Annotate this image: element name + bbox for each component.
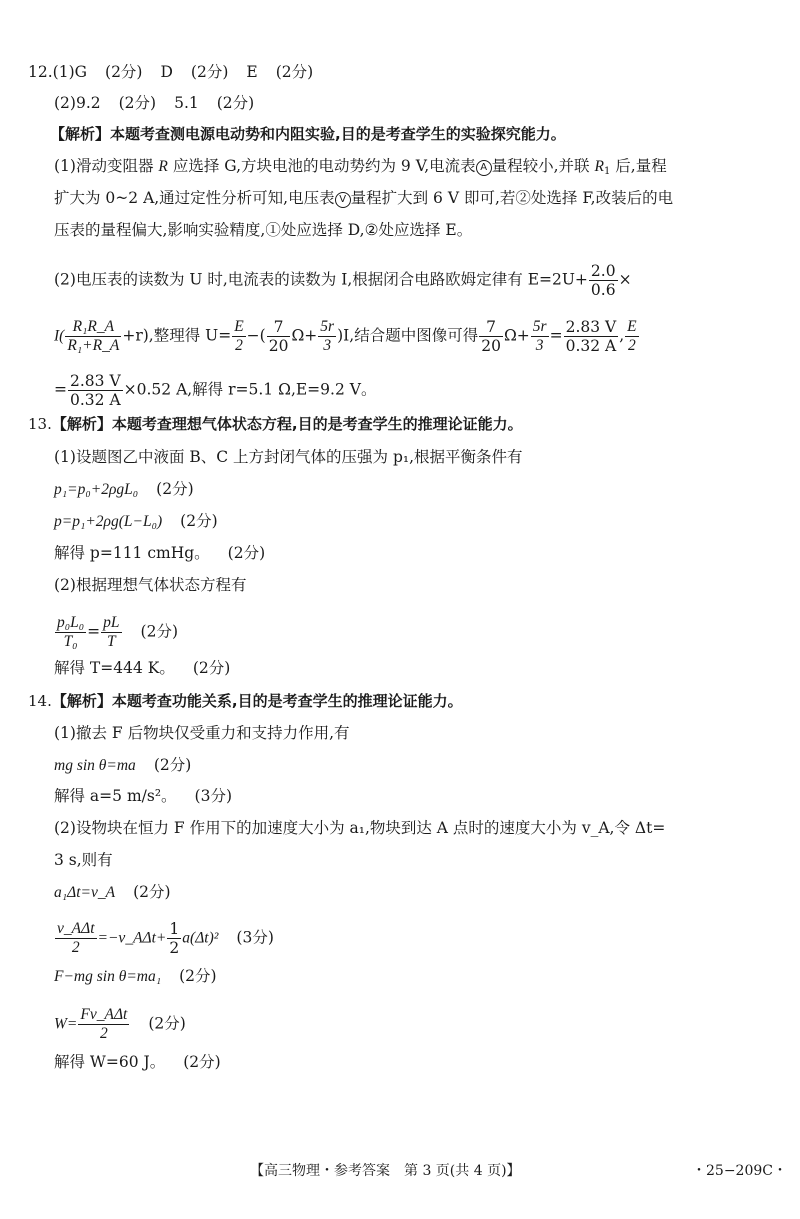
text: =: [54, 381, 67, 399]
score: (2分): [193, 659, 230, 677]
num: R₁R_A: [65, 318, 121, 337]
text: Ω+: [291, 327, 317, 345]
ammeter-circle-icon: A: [476, 160, 492, 176]
answer: 5.1: [174, 94, 199, 112]
answer: D: [160, 63, 172, 81]
text: =−v_AΔt+: [98, 930, 167, 947]
var: R: [595, 158, 604, 175]
den: 3: [531, 337, 549, 355]
q12-part1-line-1: (1)滑动变阻器 R 应选择 G,方块电池的电动势约为 9 V,电流表A量程较小…: [54, 156, 667, 182]
sub: 1: [604, 166, 610, 177]
num: pL: [101, 614, 121, 633]
q12-part2-line-2: I(R₁R_AR₁+R_A+r),整理得 U=E2−(720Ω+5r3)I,结合…: [54, 318, 640, 355]
q12-part1-line-2: 扩大为 0~2 A,通过定性分析可知,电压表V量程扩大到 6 V 即可,若②处选…: [54, 188, 673, 208]
score: (2分): [191, 63, 228, 81]
score: (2分): [179, 967, 216, 985]
answer: 9.2: [76, 94, 101, 112]
den: 2: [78, 1025, 129, 1043]
result: 解得 a=5 m/s²。: [54, 787, 177, 805]
num: 2.0: [589, 262, 618, 281]
fraction: 5r3: [318, 318, 336, 355]
fraction: 12: [167, 920, 181, 957]
part-label: (1): [53, 63, 75, 81]
fraction: Fv_AΔt2: [78, 1006, 129, 1043]
fraction: E2: [625, 318, 638, 355]
q14-line-8: F−mg sin θ=ma₁(2分): [54, 966, 217, 987]
den: 2: [55, 939, 97, 957]
analysis-text: 本题考查测电源电动势和内阻实验,目的是考查学生的实验探究能力。: [110, 125, 566, 143]
den: 2: [167, 939, 181, 957]
text: +r),整理得 U=: [122, 327, 231, 345]
q13-line-2: p₁=p₀+2ρgL₀(2分): [54, 479, 194, 500]
score: (2分): [141, 623, 178, 641]
analysis-text: 本题考查理想气体状态方程,目的是考查学生的推理论证能力。: [112, 415, 523, 433]
fraction: 2.83 V0.32 A: [68, 372, 123, 409]
analysis-tag: 【解析】: [50, 125, 110, 143]
num: 1: [167, 920, 181, 939]
q14-line-7: v_AΔt2=−v_AΔt+12a(Δt)²(3分): [54, 920, 274, 957]
text: (2)电压表的读数为 U 时,电流表的读数为 I,根据闭合电路欧姆定律有 E=2…: [54, 271, 588, 289]
result: 解得 W=60 J。: [54, 1053, 165, 1071]
footer-code: ・25−209C・: [692, 1160, 787, 1180]
q12-part2-line-3: =2.83 V0.32 A×0.52 A,解得 r=5.1 Ω,E=9.2 V。: [54, 372, 376, 409]
fraction: 2.00.6: [589, 262, 618, 299]
num: v_AΔt: [55, 920, 97, 939]
q14-line-1: (1)撤去 F 后物块仅受重力和支持力作用,有: [54, 723, 350, 743]
analysis-text: 本题考查功能关系,目的是考查学生的推理论证能力。: [112, 692, 463, 710]
score: (3分): [236, 929, 273, 947]
score: (2分): [119, 94, 156, 112]
den: 3: [318, 337, 336, 355]
question-number: 13.: [28, 415, 52, 433]
q14-line-6: a₁Δt=v_A(2分): [54, 882, 171, 903]
equation: p₁=p₀+2ρgL₀: [54, 481, 138, 498]
fraction: pLT: [101, 614, 121, 651]
q14-line-4: (2)设物块在恒力 F 作用下的加速度大小为 a₁,物块到达 A 点时的速度大小…: [54, 818, 665, 838]
text: 量程较小,并联: [492, 157, 590, 175]
num: 2.83 V: [68, 372, 123, 391]
q13-line-7: 解得 T=444 K。(2分): [54, 658, 230, 678]
voltmeter-circle-icon: V: [335, 192, 351, 208]
den: 0.32 A: [68, 391, 123, 409]
q14-analysis-heading: 14.【解析】本题考查功能关系,目的是考查学生的推理论证能力。: [28, 691, 463, 711]
fraction: 720: [479, 318, 503, 355]
q14-line-5: 3 s,则有: [54, 850, 113, 870]
analysis-tag: 【解析】: [52, 692, 112, 710]
text: =: [87, 623, 100, 641]
equation: a₁Δt=v_A: [54, 884, 115, 901]
text: =: [550, 327, 563, 345]
text: ×0.52 A,解得 r=5.1 Ω,E=9.2 V。: [124, 381, 377, 399]
text: Ω+: [504, 327, 530, 345]
answer: E: [246, 63, 257, 81]
question-number: 12.: [28, 63, 53, 81]
fraction: 720: [267, 318, 291, 355]
equation: p=p₁+2ρg(L−L₀): [54, 513, 162, 530]
q13-analysis-heading: 13.【解析】本题考查理想气体状态方程,目的是考查学生的推理论证能力。: [28, 414, 523, 434]
num: 7: [479, 318, 503, 337]
den: 0.32 A: [564, 337, 619, 355]
q13-line-1: (1)设题图乙中液面 B、C 上方封闭气体的压强为 p₁,根据平衡条件有: [54, 447, 523, 467]
score: (2分): [105, 63, 142, 81]
score: (2分): [180, 512, 217, 530]
q14-line-10: 解得 W=60 J。(2分): [54, 1052, 221, 1072]
result: 解得 T=444 K。: [54, 659, 175, 677]
question-number: 14.: [28, 692, 52, 710]
result: 解得 p=111 cmHg。: [54, 544, 210, 562]
q14-line-9: W=Fv_AΔt2(2分): [54, 1006, 186, 1043]
den: 20: [479, 337, 503, 355]
q14-line-2: mg sin θ=ma(2分): [54, 755, 191, 776]
num: 2.83 V: [564, 318, 619, 337]
equation: mg sin θ=ma: [54, 757, 136, 774]
q13-equation: p₀L₀T₀=pLT(2分): [54, 614, 178, 651]
den: 2: [625, 337, 638, 355]
text: )I,结合题中图像可得: [337, 327, 478, 345]
den: T₀: [55, 633, 86, 651]
fraction: 2.83 V0.32 A: [564, 318, 619, 355]
score: (2分): [154, 756, 191, 774]
q12-part1-line-3: 压表的量程偏大,影响实验精度,①处应选择 D,②处应选择 E。: [54, 220, 472, 240]
num: Fv_AΔt: [78, 1006, 129, 1025]
score: (2分): [217, 94, 254, 112]
num: 5r: [318, 318, 336, 337]
num: 5r: [531, 318, 549, 337]
den: 20: [267, 337, 291, 355]
fraction: p₀L₀T₀: [55, 614, 86, 651]
score: (2分): [183, 1053, 220, 1071]
score: (2分): [276, 63, 313, 81]
var: R: [158, 158, 167, 175]
q12-answer-line-2: (2)9.2(2分)5.1(2分): [54, 93, 254, 113]
den: R₁+R_A: [65, 337, 121, 355]
num: 7: [267, 318, 291, 337]
den: T: [101, 633, 121, 651]
q12-part2-line-1: (2)电压表的读数为 U 时,电流表的读数为 I,根据闭合电路欧姆定律有 E=2…: [54, 262, 632, 299]
part-label: (2): [54, 94, 76, 112]
num: p₀L₀: [55, 614, 86, 633]
text: −(: [247, 327, 266, 345]
q13-line-5: (2)根据理想气体状态方程有: [54, 575, 246, 595]
score: (2分): [156, 480, 193, 498]
q12-analysis-heading: 【解析】本题考查测电源电动势和内阻实验,目的是考查学生的实验探究能力。: [50, 124, 566, 144]
equation: F−mg sin θ=ma₁: [54, 968, 161, 985]
text: 扩大为 0~2 A,通过定性分析可知,电压表: [54, 189, 335, 207]
fraction: E2: [232, 318, 245, 355]
text: W=: [54, 1016, 77, 1033]
text: ×: [619, 271, 632, 289]
analysis-tag: 【解析】: [52, 415, 112, 433]
score: (3分): [195, 787, 232, 805]
fraction: v_AΔt2: [55, 920, 97, 957]
fraction: R₁R_AR₁+R_A: [65, 318, 121, 355]
text: 应选择 G,方块电池的电动势约为 9 V,电流表: [173, 157, 476, 175]
score: (2分): [228, 544, 265, 562]
footer-title: 【高三物理・参考答案 第 3 页(共 4 页)】: [250, 1160, 521, 1180]
text: ,: [619, 327, 624, 345]
score: (2分): [148, 1015, 185, 1033]
den: 2: [232, 337, 245, 355]
q12-answer-line-1: 12.(1)G(2分)D(2分)E(2分): [28, 62, 313, 82]
num: E: [232, 318, 245, 337]
text: 量程扩大到 6 V 即可,若②处选择 F,改装后的电: [351, 189, 673, 207]
q14-line-3: 解得 a=5 m/s²。(3分): [54, 786, 232, 806]
text: (1)滑动变阻器: [54, 157, 153, 175]
text: 后,量程: [615, 157, 666, 175]
den: 0.6: [589, 281, 618, 299]
q13-line-3: p=p₁+2ρg(L−L₀)(2分): [54, 511, 218, 532]
fraction: 5r3: [531, 318, 549, 355]
q13-line-4: 解得 p=111 cmHg。(2分): [54, 543, 265, 563]
num: E: [625, 318, 638, 337]
score: (2分): [133, 883, 170, 901]
text: I(: [54, 328, 64, 345]
text: a(Δt)²: [182, 930, 218, 947]
answer: G: [75, 63, 87, 81]
